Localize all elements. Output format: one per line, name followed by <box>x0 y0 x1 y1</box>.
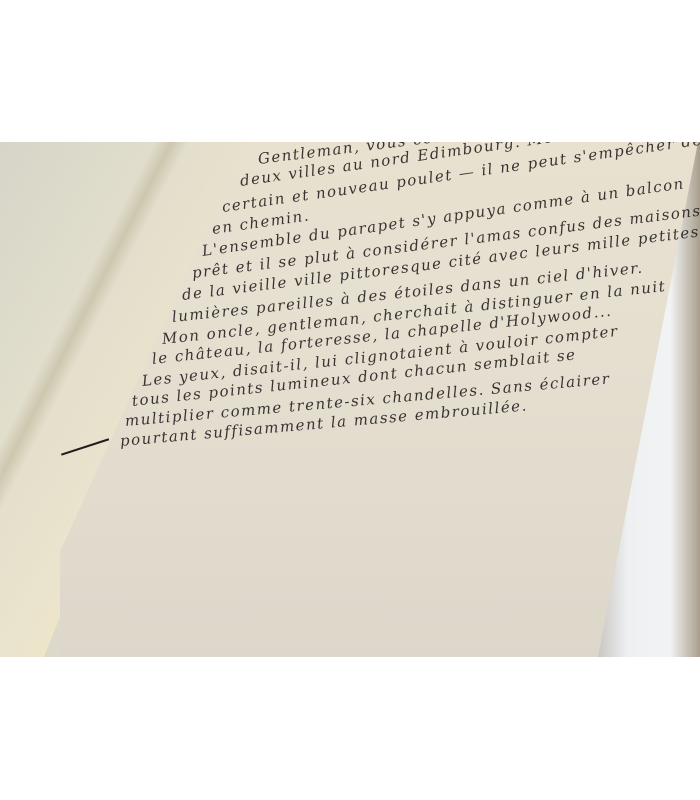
bottom-whitespace <box>0 657 700 800</box>
manuscript-photo: Gentleman, vous connaissez le North-Brid… <box>0 142 700 657</box>
handwritten-text: Gentleman, vous connaissez le North-Brid… <box>0 142 700 657</box>
